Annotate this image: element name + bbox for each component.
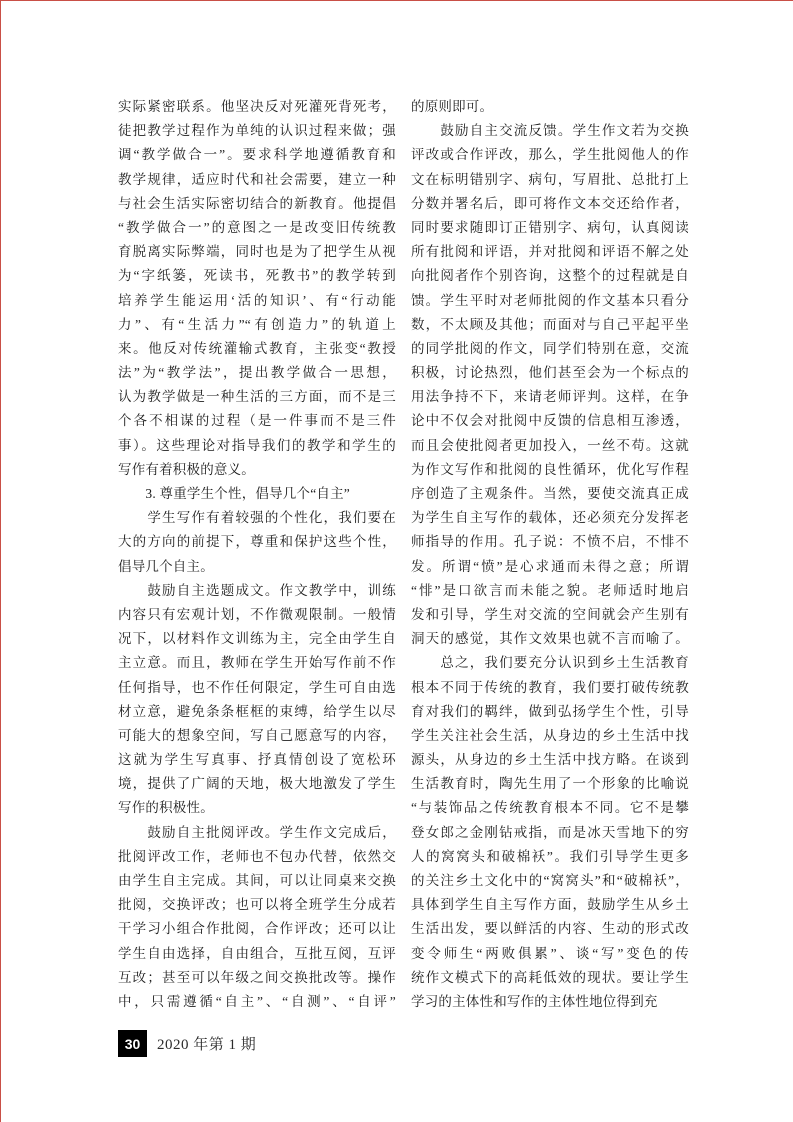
text-line: 序创造了主观条件。当然，要使交流真正成	[411, 482, 689, 506]
text-line: 育对我们的羁绊，做到弘扬学生个性，引导	[411, 700, 689, 724]
text-line: 写作的积极性。	[118, 796, 396, 820]
text-line: 而且会使批阅者更加投入，一丝不苟。这就	[411, 434, 689, 458]
text-line: 的同学批阅的作文，同学们特别在意，交流	[411, 337, 689, 361]
text-line: 学习的主体性和写作的主体性地位得到充	[411, 990, 689, 1014]
text-line: 学生关注社会生活，从身边的乡土生活中找	[411, 724, 689, 748]
text-line: 培养学生能运用‘活的知识’、有“行动能	[118, 289, 396, 313]
text-line: 的关注乡土文化中的“窝窝头”和“破棉袄”，	[411, 869, 689, 893]
text-line: 写作有着积极的意义。	[118, 458, 396, 482]
text-line: 馈。学生平时对老师批阅的作文基本只看分	[411, 289, 689, 313]
text-line: 论中不仅会对批阅中反馈的信息相互渗透，	[411, 409, 689, 433]
page-number-badge: 30	[118, 1030, 147, 1057]
text-line: 变令师生“两败俱累”、谈“写”变色的传	[411, 942, 689, 966]
text-line: 为作文写作和批阅的良性循环，优化写作程	[411, 458, 689, 482]
text-line: 与社会生活实际密切结合的新教育。他提倡	[118, 192, 396, 216]
text-line: 育脱离实际弊端，同时也是为了把学生从视	[118, 240, 396, 264]
text-column-left: 实际紧密联系。他坚决反对死灌死背死考，徒把教学过程作为单纯的认识过程来做；强调“…	[118, 95, 396, 1014]
text-line: 生活教育时，陶先生用了一个形象的比喻说	[411, 772, 689, 796]
page-footer: 30 2020 年第 1 期	[118, 1030, 256, 1057]
text-line: 实际紧密联系。他坚决反对死灌死背死考，	[118, 95, 396, 119]
text-line: 根本不同于传统的教育，我们要打破传统教	[411, 676, 689, 700]
text-line: 源头，从身边的乡土生活中找方略。在谈到	[411, 748, 689, 772]
text-line: 登女郎之金刚钻戒指，而是冰天雪地下的穷	[411, 821, 689, 845]
text-line: 由学生自主完成。其间，可以让同桌来交换	[118, 869, 396, 893]
text-line: 学生自由选择，自由组合，互批互阅，互评	[118, 942, 396, 966]
text-line: 的原则即可。	[411, 95, 689, 119]
page-left-edge	[0, 0, 1, 1122]
text-line: “与装饰品之传统教育根本不同。它不是攀	[411, 796, 689, 820]
text-line: 材立意，避免条条框框的束缚，给学生以尽	[118, 700, 396, 724]
text-line: “教学做合一”的意图之一是改变旧传统教	[118, 216, 396, 240]
text-line: 力”、有“生活力”“有创造力”的轨道上	[118, 313, 396, 337]
text-line: 来。他反对传统灌输式教育，主张变“教授	[118, 337, 396, 361]
text-line: 文在标明错别字、病句，写眉批、总批打上	[411, 168, 689, 192]
text-line: 事）。这些理论对指导我们的教学和学生的	[118, 434, 396, 458]
issue-label: 2020 年第 1 期	[157, 1033, 256, 1054]
text-line: 总之，我们要充分认识到乡土生活教育	[411, 651, 689, 675]
text-line: 用法争持不下，来请老师评判。这样，在争	[411, 385, 689, 409]
text-line: 认为教学做是一种生活的三方面，而不是三	[118, 385, 396, 409]
text-line: 大的方向的前提下，尊重和保护这些个性，	[118, 530, 396, 554]
text-line: 批阅，交换评改；也可以将全班学生分成若	[118, 893, 396, 917]
text-line: 鼓励自主交流反馈。学生作文若为交换	[411, 119, 689, 143]
text-line: 任何指导，也不作任何限定，学生可自由选	[118, 676, 396, 700]
text-line: 发。所谓“愤”是心求通而未得之意；所谓	[411, 555, 689, 579]
text-line: 洞天的感觉，其作文效果也就不言而喻了。	[411, 627, 689, 651]
text-line: 个各不相谋的过程（是一件事而不是三件	[118, 409, 396, 433]
text-line: 教学规律，适应时代和社会需要，建立一种	[118, 168, 396, 192]
text-line: 批阅评改工作，老师也不包办代替，依然交	[118, 845, 396, 869]
section-heading: 3. 尊重学生个性，倡导几个“自主”	[118, 482, 396, 506]
text-line: 积极，讨论热烈，他们甚至会为一个标点的	[411, 361, 689, 385]
text-line: 互改；甚至可以年级之间交换批改等。操作	[118, 966, 396, 990]
text-line: 评改或合作评改，那么，学生批阅他人的作	[411, 143, 689, 167]
text-line: 这就为学生写真事、抒真情创设了宽松环	[118, 748, 396, 772]
text-column-right: 的原则即可。 鼓励自主交流反馈。学生作文若为交换评改或合作评改，那么，学生批阅他…	[411, 95, 689, 1014]
text-line: 同时要求随即订正错别字、病句，认真阅读	[411, 216, 689, 240]
text-line: 干学习小组合作批阅，合作评改；还可以让	[118, 917, 396, 941]
text-line: 况下，以材料作文训练为主，完全由学生自	[118, 627, 396, 651]
text-line: 人的窝窝头和破棉袄”。我们引导学生更多	[411, 845, 689, 869]
text-line: 境，提供了广阔的天地，极大地激发了学生	[118, 772, 396, 796]
text-line: 中，只需遵循“自主”、“自测”、“自评”	[118, 990, 396, 1014]
text-line: 倡导几个自主。	[118, 555, 396, 579]
journal-page: 实际紧密联系。他坚决反对死灌死背死考，徒把教学过程作为单纯的认识过程来做；强调“…	[0, 0, 793, 1122]
text-line: 学生写作有着较强的个性化，我们要在	[118, 506, 396, 530]
text-line: 徒把教学过程作为单纯的认识过程来做；强	[118, 119, 396, 143]
text-line: 统作文模式下的高耗低效的现状。要让学生	[411, 966, 689, 990]
text-line: 数，不太顾及其他；而面对与自己平起平坐	[411, 313, 689, 337]
text-line: 鼓励自主选题成文。作文教学中，训练	[118, 579, 396, 603]
text-line: 所有批阅和评语，并对批阅和评语不解之处	[411, 240, 689, 264]
text-line: 可能大的想象空间，写自己愿意写的内容，	[118, 724, 396, 748]
text-line: 生活出发，要以鲜活的内容、生动的形式改	[411, 917, 689, 941]
text-line: 为学生自主写作的载体，还必须充分发挥老	[411, 506, 689, 530]
text-line: “悱”是口欲言而未能之貌。老师适时地启	[411, 579, 689, 603]
text-line: 向批阅者作个别咨询，这整个的过程就是自	[411, 264, 689, 288]
text-line: 分数并署名后，即可将作文本交还给作者，	[411, 192, 689, 216]
page-top-edge	[0, 0, 793, 1]
text-line: 法”为“教学法”，提出教学做合一思想，	[118, 361, 396, 385]
text-line: 调“教学做合一”。要求科学地遵循教育和	[118, 143, 396, 167]
text-line: 为“字纸篓，死读书，死教书”的教学转到	[118, 264, 396, 288]
text-line: 师指导的作用。孔子说：不愤不启，不悱不	[411, 530, 689, 554]
text-line: 发和引导，学生对交流的空间就会产生别有	[411, 603, 689, 627]
text-line: 具体到学生自主写作方面，鼓励学生从乡土	[411, 893, 689, 917]
text-line: 鼓励自主批阅评改。学生作文完成后，	[118, 821, 396, 845]
text-line: 主立意。而且，教师在学生开始写作前不作	[118, 651, 396, 675]
text-line: 内容只有宏观计划，不作微观限制。一般情	[118, 603, 396, 627]
